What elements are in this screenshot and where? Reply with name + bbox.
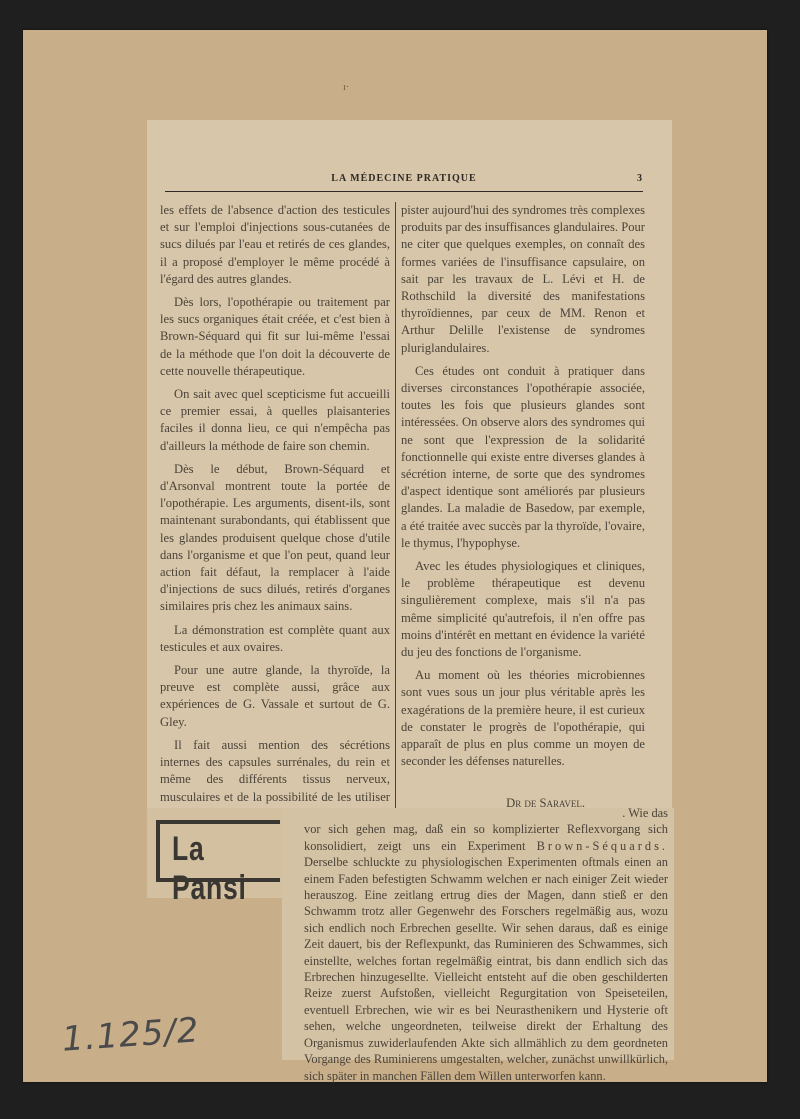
french-clipping: LA MÉDECINE PRATIQUE 3 les effets de l'a… [147,120,672,810]
mount-mark: ı· [343,82,349,93]
paragraph: Dès le début, Brown-Séquard et d'Arsonva… [160,461,390,616]
advert-fragment: La Pansi [156,820,280,882]
paragraph: Dès lors, l'opothérapie ou traitement pa… [160,294,390,380]
paragraph: La démonstration est complète quant aux … [160,622,390,656]
left-column: les effets de l'absence d'action des tes… [160,202,390,887]
paragraph: Ces études ont conduit à pratiquer dans … [401,363,645,552]
german-clipping: . Wie das vor sich gehen mag, daß ein so… [282,808,674,1060]
german-body-after: Derselbe schluckte zu physiologischen Ex… [304,855,668,1082]
right-column: pister aujourd'hui des syndromes très co… [401,202,645,812]
paragraph: pister aujourd'hui des syndromes très co… [401,202,645,357]
german-text: . Wie das vor sich gehen mag, daß ein so… [304,805,668,1084]
page-number: 3 [637,173,643,184]
running-head: LA MÉDECINE PRATIQUE 3 [165,173,643,189]
column-divider [395,202,396,824]
journal-title: LA MÉDECINE PRATIQUE [165,173,643,184]
german-spaced-name: Brown-Séquards. [537,839,668,853]
advert-text: La Pansi [172,830,256,908]
paragraph: Avec les études physiologiques et cliniq… [401,558,645,661]
header-rule [165,191,643,192]
paragraph: les effets de l'absence d'action des tes… [160,202,390,288]
german-first-line: . Wie das [304,805,668,821]
paragraph: Au moment où les théories microbiennes s… [401,667,645,770]
paragraph: On sait avec quel scepticisme fut accuei… [160,386,390,455]
paragraph: Pour une autre glande, la thyroïde, la p… [160,662,390,731]
